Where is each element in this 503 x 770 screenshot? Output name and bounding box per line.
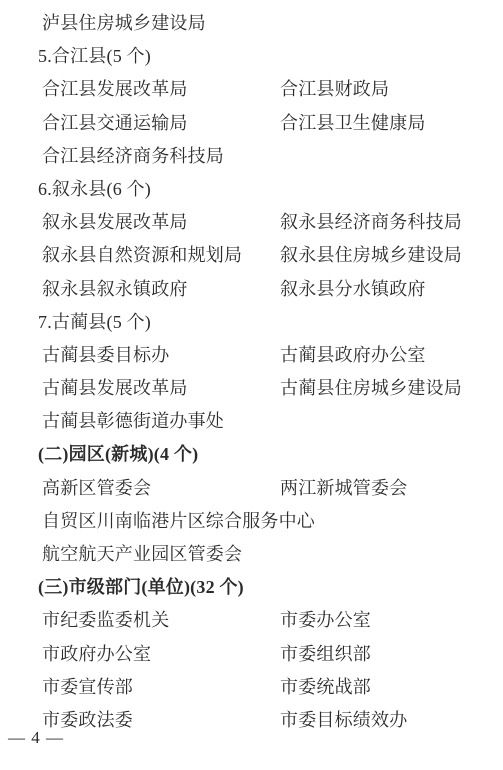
entry-text-col1: 6.叙永县(6 个) (38, 173, 151, 206)
entry-line: 泸县住房城乡建设局 (0, 7, 503, 40)
entry-text-col1: 市委政法委 (42, 704, 280, 737)
section-heading: (三)市级部门(单位)(32 个) (0, 571, 503, 604)
entry-line: 合江县交通运输局合江县卫生健康局 (0, 107, 503, 140)
entry-text-col1: 航空航天产业园区管委会 (42, 538, 242, 571)
entry-text-col1: 叙永县发展改革局 (42, 206, 280, 239)
entry-line: 高新区管委会两江新城管委会 (0, 472, 503, 505)
entry-line: 叙永县自然资源和规划局叙永县住房城乡建设局 (0, 239, 503, 272)
county-heading: 5.合江县(5 个) (0, 40, 503, 73)
entry-text-col1: 古蔺县彰德街道办事处 (42, 405, 224, 438)
entry-text-col1: 7.古蔺县(5 个) (38, 306, 151, 339)
entry-text-col2: 两江新城管委会 (280, 472, 407, 505)
entry-line: 古蔺县发展改革局古蔺县住房城乡建设局 (0, 372, 503, 405)
county-heading: 6.叙永县(6 个) (0, 173, 503, 206)
entry-text-col1: 叙永县自然资源和规划局 (42, 239, 280, 272)
entry-line: 古蔺县彰德街道办事处 (0, 405, 503, 438)
entry-text-col1: 合江县发展改革局 (42, 73, 280, 106)
entry-line: 叙永县叙永镇政府叙永县分水镇政府 (0, 273, 503, 306)
entry-text-col2: 叙永县分水镇政府 (280, 273, 426, 306)
entry-text-col1: 市政府办公室 (42, 638, 280, 671)
entry-text-col1: 叙永县叙永镇政府 (42, 273, 280, 306)
page-number: — 4 — (8, 728, 64, 748)
entry-line: 市委宣传部市委统战部 (0, 671, 503, 704)
entry-line: 古蔺县委目标办古蔺县政府办公室 (0, 339, 503, 372)
entry-line: 航空航天产业园区管委会 (0, 538, 503, 571)
entry-line: 市委政法委市委目标绩效办 (0, 704, 503, 737)
entry-text-col2: 市委统战部 (280, 671, 371, 704)
entry-text-col1: (三)市级部门(单位)(32 个) (38, 571, 244, 604)
entry-text-col1: 5.合江县(5 个) (38, 40, 151, 73)
entry-line: 合江县发展改革局合江县财政局 (0, 73, 503, 106)
document-page: 泸县住房城乡建设局5.合江县(5 个)合江县发展改革局合江县财政局合江县交通运输… (0, 0, 503, 770)
entry-text-col1: 古蔺县发展改革局 (42, 372, 280, 405)
entry-text-col1: 泸县住房城乡建设局 (42, 7, 206, 40)
entry-text-col2: 合江县卫生健康局 (280, 107, 426, 140)
entry-text-col1: 合江县经济商务科技局 (42, 140, 224, 173)
entry-text-col1: 自贸区川南临港片区综合服务中心 (42, 505, 315, 538)
entry-text-col2: 合江县财政局 (280, 73, 389, 106)
entry-line: 市纪委监委机关市委办公室 (0, 604, 503, 637)
entry-text-col1: 市委宣传部 (42, 671, 280, 704)
section-heading: (二)园区(新城)(4 个) (0, 438, 503, 471)
entry-text-col2: 古蔺县住房城乡建设局 (280, 372, 462, 405)
entry-text-col2: 古蔺县政府办公室 (280, 339, 426, 372)
document-body: 泸县住房城乡建设局5.合江县(5 个)合江县发展改革局合江县财政局合江县交通运输… (0, 7, 503, 737)
entry-line: 自贸区川南临港片区综合服务中心 (0, 505, 503, 538)
entry-text-col1: 合江县交通运输局 (42, 107, 280, 140)
entry-line: 合江县经济商务科技局 (0, 140, 503, 173)
county-heading: 7.古蔺县(5 个) (0, 306, 503, 339)
entry-text-col2: 市委目标绩效办 (280, 704, 407, 737)
entry-line: 叙永县发展改革局叙永县经济商务科技局 (0, 206, 503, 239)
entry-text-col2: 叙永县经济商务科技局 (280, 206, 462, 239)
entry-line: 市政府办公室市委组织部 (0, 638, 503, 671)
entry-text-col2: 市委办公室 (280, 604, 371, 637)
entry-text-col2: 市委组织部 (280, 638, 371, 671)
entry-text-col1: 市纪委监委机关 (42, 604, 280, 637)
entry-text-col2: 叙永县住房城乡建设局 (280, 239, 462, 272)
entry-text-col1: 古蔺县委目标办 (42, 339, 280, 372)
entry-text-col1: (二)园区(新城)(4 个) (38, 438, 198, 471)
entry-text-col1: 高新区管委会 (42, 472, 280, 505)
